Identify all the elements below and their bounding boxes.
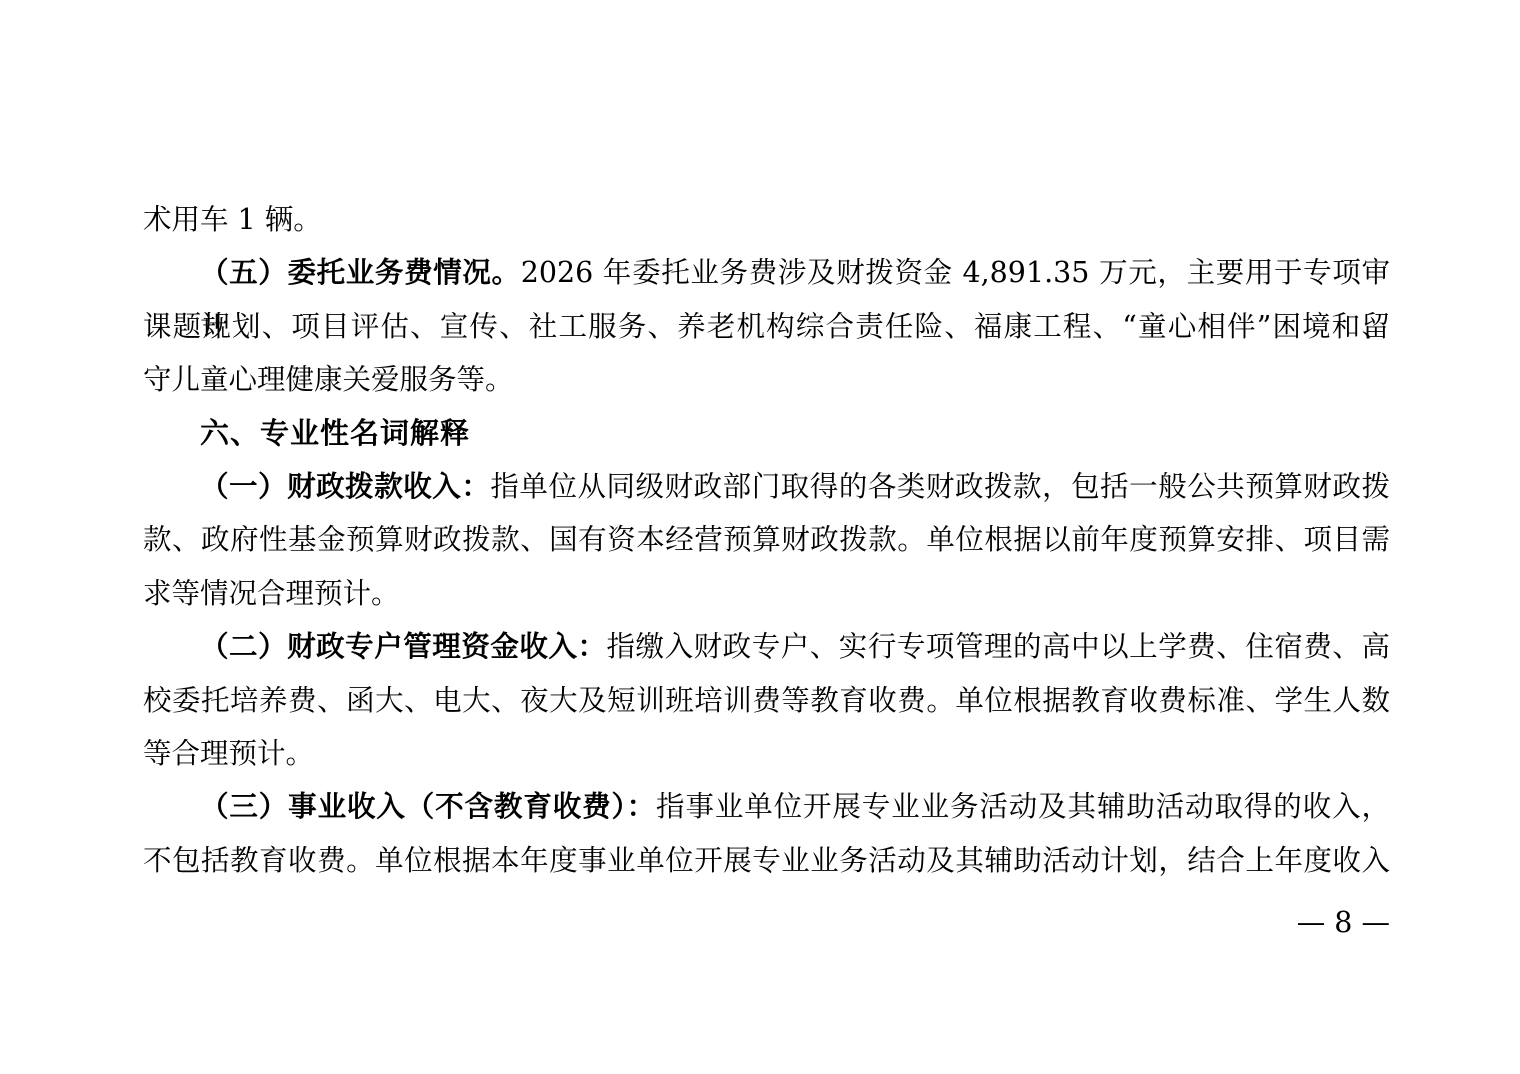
paragraph-text: 指事业单位开展专业业务活动及其辅助活动取得的收入，: [656, 790, 1390, 823]
paragraph-text: 指缴入财政专户、实行专项管理的高中以上学费、住宿费、高: [607, 630, 1390, 663]
paragraph-lead: （一）财政拨款收入：: [200, 469, 490, 503]
paragraph-lead: （五）委托业务费情况。: [200, 255, 521, 289]
section-heading: 六、专业性名词解释: [143, 407, 1390, 460]
body-line: （五）委托业务费情况。2026 年委托业务费涉及财拨资金 4,891.35 万元…: [143, 246, 1390, 299]
paragraph-lead: （二）财政专户管理资金收入：: [200, 629, 607, 663]
body-line: （一）财政拨款收入：指单位从同级财政部门取得的各类财政拨款，包括一般公共预算财政…: [143, 460, 1390, 513]
body-line: 守儿童心理健康关爱服务等。: [143, 353, 1390, 406]
body-line: 不包括教育收费。单位根据本年度事业单位开展专业业务活动及其辅助活动计划，结合上年…: [143, 834, 1390, 887]
body-line: （三）事业收入（不含教育收费）：指事业单位开展专业业务活动及其辅助活动取得的收入…: [143, 780, 1390, 833]
paragraph-text: 指单位从同级财政部门取得的各类财政拨款，包括一般公共预算财政拨: [490, 470, 1390, 503]
body-line: （二）财政专户管理资金收入：指缴入财政专户、实行专项管理的高中以上学费、住宿费、…: [143, 620, 1390, 673]
body-line: 求等情况合理预计。: [143, 567, 1390, 620]
body-line: 等合理预计。: [143, 727, 1390, 780]
page-number: — 8 —: [1297, 903, 1390, 943]
body-line: 术用车 1 辆。: [143, 193, 1390, 246]
paragraph-lead: （三）事业收入（不含教育收费）：: [200, 789, 656, 823]
body-line: 课题规划、项目评估、宣传、社工服务、养老机构综合责任险、福康工程、“童心相伴”困…: [143, 300, 1390, 353]
document-body: 术用车 1 辆。 （五）委托业务费情况。2026 年委托业务费涉及财拨资金 4,…: [143, 193, 1390, 887]
body-line: 校委托培养费、函大、电大、夜大及短训班培训费等教育收费。单位根据教育收费标准、学…: [143, 674, 1390, 727]
document-page: 术用车 1 辆。 （五）委托业务费情况。2026 年委托业务费涉及财拨资金 4,…: [0, 0, 1520, 1074]
body-line: 款、政府性基金预算财政拨款、国有资本经营预算财政拨款。单位根据以前年度预算安排、…: [143, 513, 1390, 566]
